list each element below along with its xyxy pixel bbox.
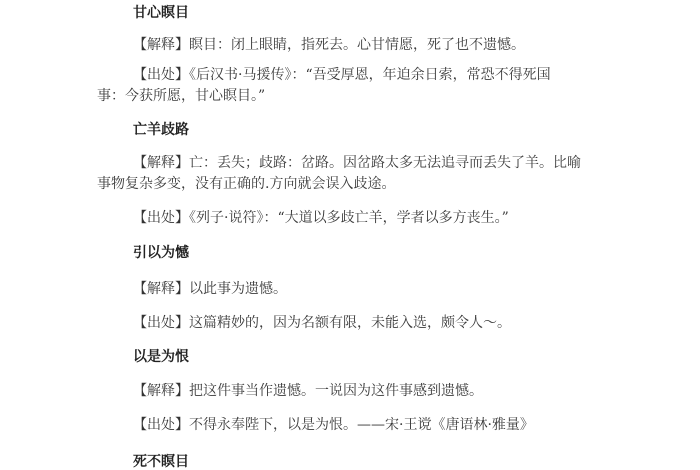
explanation-label: 【解释】 [133,383,189,399]
entry-title: 死不瞑目 [133,453,189,470]
source-text: 这篇精妙的，因为名额有限，未能入选，颇令人～。 [189,315,511,331]
explanation-label: 【解释】 [133,281,189,297]
explanation-line: 【解释】瞑目：闭上眼睛，指死去。心甘情愿，死了也不遗憾。 [133,36,525,54]
source-text: 《列子·说符》：“大道以多歧亡羊，学者以多方丧生。” [189,210,509,226]
explanation-text: 亡：丢失；歧路：岔路。因岔路太多无法追寻而丢失了羊。比喻 [189,155,581,171]
explanation-line: 【解释】把这件事当作遗憾。一说因为这件事感到遗憾。 [133,382,483,400]
entry-title: 甘心瞑目 [133,4,189,22]
source-continuation: 事：今获所愿，甘心瞑目。” [97,87,265,105]
source-label: 【出处】 [133,67,189,83]
explanation-label: 【解释】 [133,155,189,171]
source-text: 不得永奉陛下，以是为恨。——宋·王谠《唐语林·雅量》 [189,417,534,433]
source-label: 【出处】 [133,417,189,433]
source-text: 《后汉书·马援传》：“吾受厚恩，年迫余日索，常恐不得死国 [189,67,551,83]
source-label: 【出处】 [133,315,189,331]
source-line: 【出处】不得永奉陛下，以是为恨。——宋·王谠《唐语林·雅量》 [133,416,534,434]
source-line: 【出处】这篇精妙的，因为名额有限，未能入选，颇令人～。 [133,314,511,332]
explanation-line: 【解释】亡：丢失；歧路：岔路。因岔路太多无法追寻而丢失了羊。比喻 [133,154,581,172]
explanation-label: 【解释】 [133,37,189,53]
entry-title: 亡羊歧路 [133,121,189,139]
source-line: 【出处】《列子·说符》：“大道以多歧亡羊，学者以多方丧生。” [133,209,509,227]
explanation-text: 把这件事当作遗憾。一说因为这件事感到遗憾。 [189,383,483,399]
source-line: 【出处】《后汉书·马援传》：“吾受厚恩，年迫余日索，常恐不得死国 [133,66,551,84]
document-page: 甘心瞑目 【解释】瞑目：闭上眼睛，指死去。心甘情愿，死了也不遗憾。 【出处】《后… [0,0,700,470]
explanation-text: 以此事为遗憾。 [189,281,287,297]
entry-title: 引以为憾 [133,244,189,262]
explanation-text: 瞑目：闭上眼睛，指死去。心甘情愿，死了也不遗憾。 [189,37,525,53]
source-label: 【出处】 [133,210,189,226]
explanation-line: 【解释】以此事为遗憾。 [133,280,287,298]
explanation-continuation: 事物复杂多变，没有正确的.方向就会误入歧途。 [97,175,395,193]
entry-title: 以是为恨 [133,348,189,366]
